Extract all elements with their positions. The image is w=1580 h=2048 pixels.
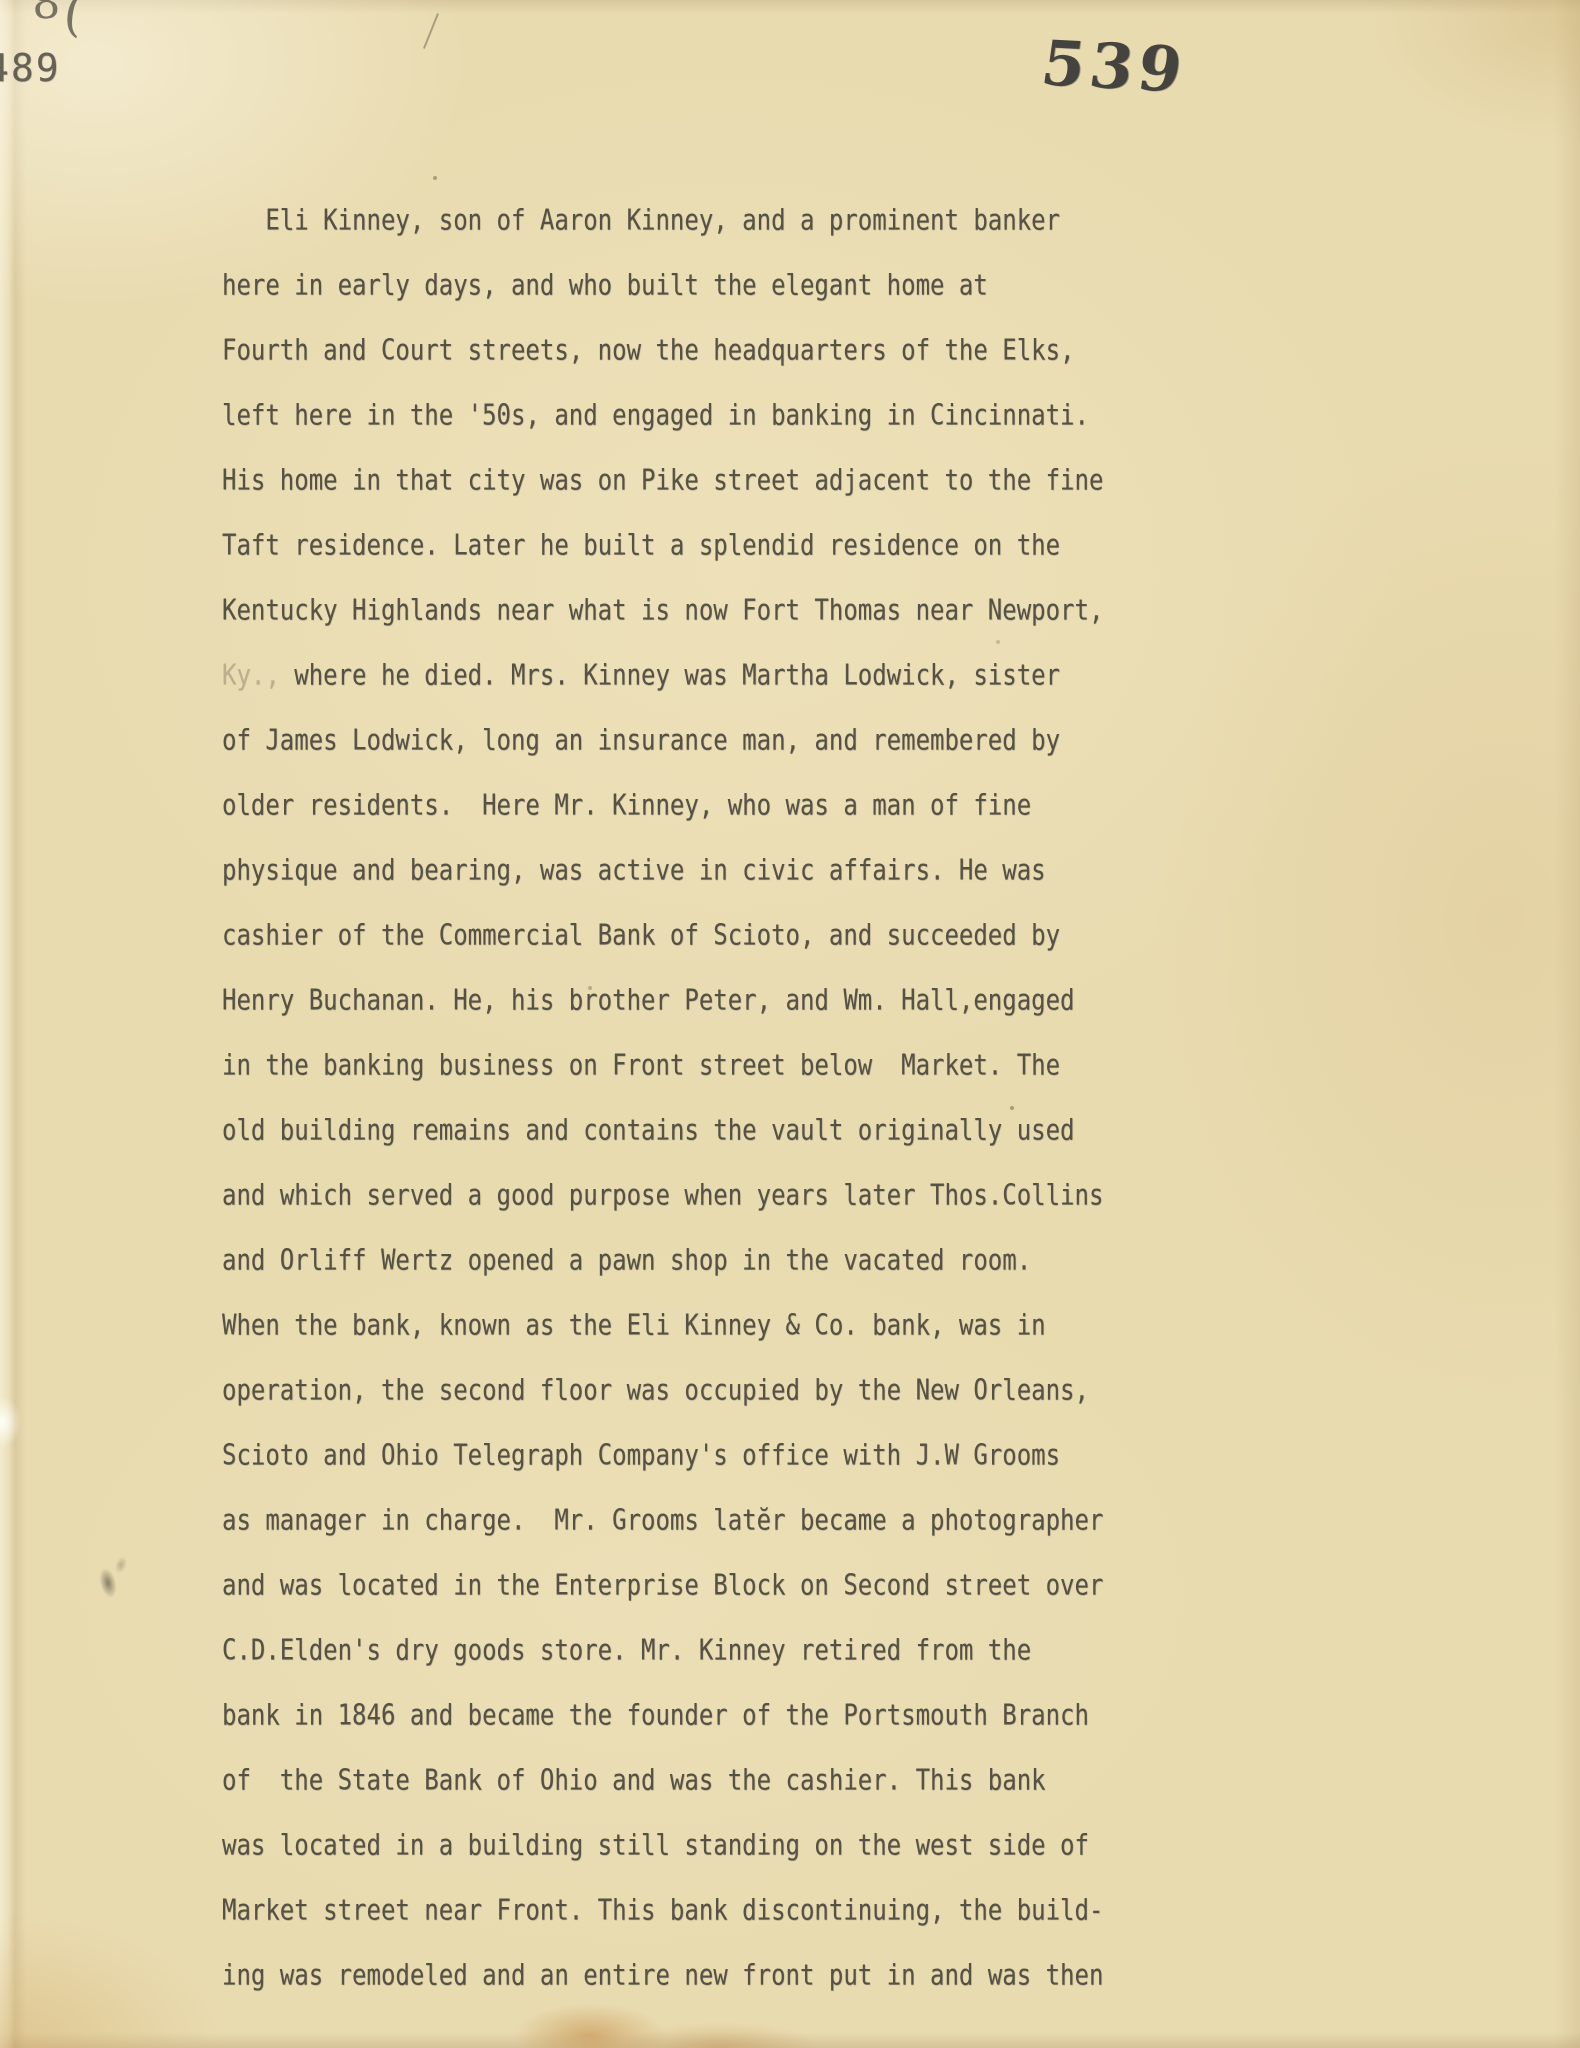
- typed-line: Taft residence. Later he built a splendi…: [222, 531, 1060, 555]
- typed-line: left here in the '50s, and engaged in ba…: [222, 401, 1089, 425]
- typed-line: His home in that city was on Pike street…: [222, 466, 1103, 490]
- typed-line: Henry Buchanan. He, his brother Peter, a…: [222, 986, 1075, 1010]
- typed-line: was located in a building still standing…: [222, 1831, 1089, 1855]
- typed-line: operation, the second floor was occupied…: [222, 1376, 1089, 1400]
- typed-line: Kentucky Highlands near what is now Fort…: [222, 596, 1103, 620]
- pencil-corner-mark: 8: [30, 0, 61, 30]
- typed-line: here in early days, and who built the el…: [222, 271, 988, 295]
- pencil-corner-mark: (: [60, 0, 87, 43]
- paper-speck: [588, 986, 592, 990]
- typed-line: of James Lodwick, long an insurance man,…: [222, 726, 1060, 750]
- typed-line: Scioto and Ohio Telegraph Company's offi…: [222, 1441, 1060, 1465]
- paper-speck: [1010, 1106, 1014, 1110]
- paper-speck: [996, 640, 1000, 644]
- faded-typed-fragment: Ky.,: [222, 659, 280, 692]
- typed-line: and which served a good purpose when yea…: [222, 1181, 1103, 1205]
- typed-line: older residents. Here Mr. Kinney, who wa…: [222, 791, 1031, 815]
- typed-line: and was located in the Enterprise Block …: [222, 1571, 1103, 1595]
- typed-line: old building remains and contains the va…: [222, 1116, 1075, 1140]
- handwritten-page-number: 539: [1037, 26, 1191, 106]
- ink-smudge: [111, 1552, 132, 1577]
- typed-line: ing was remodeled and an entire new fron…: [222, 1961, 1103, 1985]
- stamped-page-number: 489: [0, 46, 61, 90]
- typed-line: C.D.Elden's dry goods store. Mr. Kinney …: [222, 1636, 1031, 1660]
- typed-line: bank in 1846 and became the founder of t…: [222, 1701, 1089, 1725]
- typed-line: cashier of the Commercial Bank of Scioto…: [222, 921, 1060, 945]
- typed-line: When the bank, known as the Eli Kinney &…: [222, 1311, 1046, 1335]
- typed-line: as manager in charge. Mr. Grooms latĕr b…: [222, 1506, 1103, 1530]
- typed-line: physique and bearing, was active in civi…: [222, 856, 1046, 880]
- pencil-slash-mark: [423, 13, 439, 49]
- typed-line: Fourth and Court streets, now the headqu…: [222, 336, 1075, 360]
- typed-line: of the State Bank of Ohio and was the ca…: [222, 1766, 1046, 1790]
- typed-line: in the banking business on Front street …: [222, 1051, 1060, 1075]
- typed-line: Eli Kinney, son of Aaron Kinney, and a p…: [222, 206, 1060, 230]
- typed-line: Market street near Front. This bank disc…: [222, 1896, 1103, 1920]
- typewritten-document-page: 8 ( 489 539 Eli Kinney, son of Aaron Kin…: [0, 0, 1580, 2048]
- typed-line: Ky., where he died. Mrs. Kinney was Mart…: [222, 661, 1060, 685]
- paper-speck: [433, 176, 437, 180]
- typed-line: and Orliff Wertz opened a pawn shop in t…: [222, 1246, 1031, 1270]
